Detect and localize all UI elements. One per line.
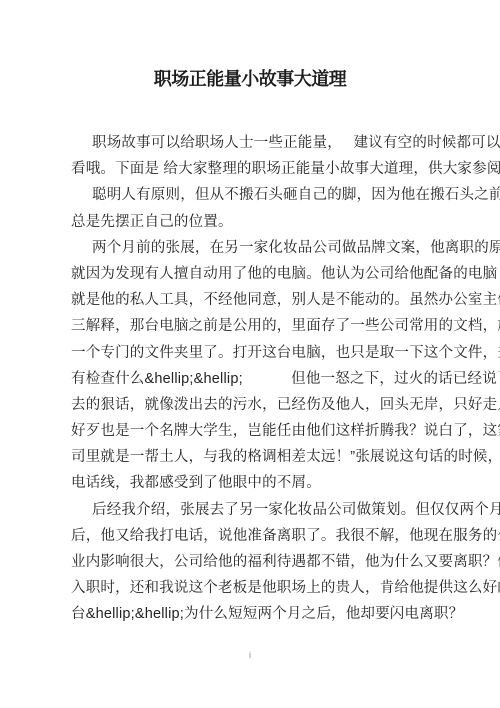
text-line: 三解释，那台电脑之前是公用的，里面存了一些公司常用的文档，放在 <box>71 313 433 339</box>
text-line: 两个月前的张展，在另一家化妆品公司做品牌文案，他离职的原因 <box>71 235 433 261</box>
text-line: 有检查什么&hellip;&hellip; 但他一怒之下，过火的话已经说了，说出 <box>71 366 433 392</box>
text-line: 总是先摆正自己的位置。 <box>71 209 433 235</box>
text-line: 后，他又给我打电话，说他准备离职了。我很不解，他现在服务的公司在 <box>71 523 433 549</box>
text-line: 聪明人有原则，但从不搬石头砸自己的脚，因为他在搬石头之前， <box>71 182 433 208</box>
text-line: 就是他的私人工具，不经他同意，别人是不能动的。虽然办公室主任再 <box>71 287 433 313</box>
text-line: 去的狠话，就像泼出去的污水，已经伤及他人，回头无岸，只好走人。“我 <box>71 392 433 418</box>
text-line: 好歹也是一个名牌大学生，岂能任由他们这样折腾我？说白了，这家公 <box>71 418 433 444</box>
document-body: 职场故事可以给职场人士一些正能量， 建议有空的时候都可以看看哦。下面是 给大家整… <box>71 130 433 628</box>
text-line: 业内影响很大，公司给他的福利待遇都不错，他为什么又要离职？他刚 <box>71 549 433 575</box>
text-line: 后经我介绍，张展去了另一家化妆品公司做策划。但仅仅两个月 <box>71 497 433 523</box>
page-number: i <box>0 649 500 661</box>
text-line: 看哦。下面是 给大家整理的职场正能量小故事大道理，供大家参阅 ！ <box>71 156 433 182</box>
document-page: 职场正能量小故事大道理 职场故事可以给职场人士一些正能量， 建议有空的时候都可以… <box>0 0 500 708</box>
text-line: 司里就是一帮土人，与我的格调相差太远！”张展说这句话的时候，隔着 <box>71 444 433 470</box>
text-line: 台&hellip;&hellip;为什么短短两个月之后，他却要闪电离职？ <box>71 601 433 627</box>
text-line: 一个专门的文件夹里了。打开这台电脑，也只是取一下这个文件，并没 <box>71 340 433 366</box>
text-line: 职场故事可以给职场人士一些正能量， 建议有空的时候都可以看 <box>71 130 433 156</box>
text-line: 电话线，我都感受到了他眼中的不屑。 <box>71 470 433 496</box>
text-line: 就因为发现有人擅自动用了他的电脑。他认为公司给他配备的电脑 ， <box>71 261 433 287</box>
document-title: 职场正能量小故事大道理 <box>0 66 500 92</box>
text-line: 入职时，还和我说这个老板是他职场上的贵人，肯给他提供这么好的平 <box>71 575 433 601</box>
